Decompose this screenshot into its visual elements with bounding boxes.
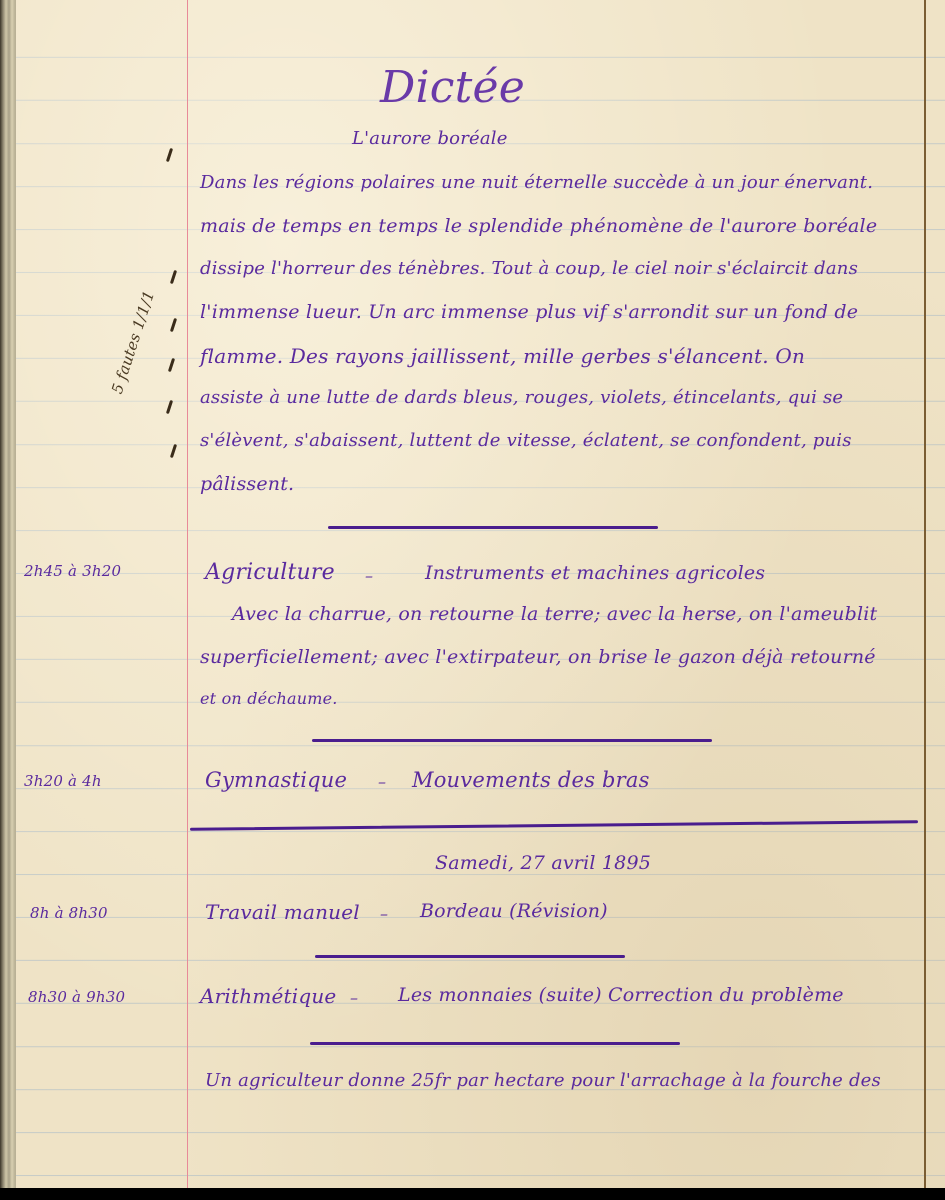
correction-mark (168, 358, 175, 372)
dictee-heading: Dictée (380, 62, 525, 113)
correction-mark (170, 444, 177, 458)
section-divider (312, 739, 712, 742)
lesson-body-line: Avec la charrue, on retourne la terre; a… (232, 603, 877, 625)
problem-line: Un agriculteur donne 25fr par hectare po… (205, 1070, 881, 1091)
dictee-line: s'élèvent, s'abaissent, luttent de vites… (200, 430, 852, 451)
lesson-time: 8h30 à 9h30 (28, 988, 125, 1006)
lesson-topic: Bordeau (Révision) (420, 900, 608, 922)
page-fold (924, 0, 926, 1188)
section-divider (315, 955, 625, 958)
grade-note: 5 fautes 1/1/1 (108, 288, 158, 396)
dictee-line: l'immense lueur. Un arc immense plus vif… (200, 301, 858, 323)
lesson-topic: Les monnaies (suite) Correction du probl… (398, 984, 844, 1006)
page-binding (0, 0, 16, 1188)
day-date: Samedi, 27 avril 1895 (435, 852, 651, 874)
dictee-line: flamme. Des rayons jaillissent, mille ge… (200, 344, 805, 368)
notebook-page: Dictée L'aurore boréale Dans les régions… (0, 0, 945, 1188)
lesson-body-line: superficiellement; avec l'extirpateur, o… (200, 646, 876, 668)
day-divider (190, 820, 918, 831)
section-divider (328, 526, 658, 529)
dictee-title: L'aurore boréale (352, 128, 508, 149)
dictee-line: assiste à une lutte de dards bleus, roug… (200, 387, 843, 408)
margin-rule (187, 0, 188, 1188)
lesson-time: 2h45 à 3h20 (24, 562, 121, 580)
lesson-topic: Mouvements des bras (412, 768, 650, 792)
lesson-dash: – (350, 988, 358, 1007)
correction-mark (166, 148, 173, 162)
correction-mark (170, 270, 177, 284)
lesson-dash: – (365, 566, 373, 585)
lesson-subject: Gymnastique (205, 768, 347, 792)
lesson-body-line: et on déchaume. (200, 689, 338, 708)
dictee-line: pâlissent. (200, 473, 294, 495)
correction-mark (170, 318, 177, 332)
dictee-line: dissipe l'horreur des ténèbres. Tout à c… (200, 258, 858, 279)
dictee-line: mais de temps en temps le splendide phén… (200, 215, 877, 237)
correction-mark (166, 400, 173, 414)
lesson-subject: Travail manuel (205, 900, 360, 924)
lesson-subject: Arithmétique (200, 984, 336, 1008)
dictee-line: Dans les régions polaires une nuit étern… (200, 172, 873, 193)
lesson-dash: – (380, 904, 388, 923)
lesson-subject: Agriculture (205, 560, 335, 585)
lesson-time: 8h à 8h30 (30, 904, 108, 922)
section-divider (310, 1042, 680, 1045)
lesson-time: 3h20 à 4h (24, 772, 102, 790)
lesson-topic: Instruments et machines agricoles (425, 562, 765, 584)
lesson-dash: – (378, 772, 386, 791)
